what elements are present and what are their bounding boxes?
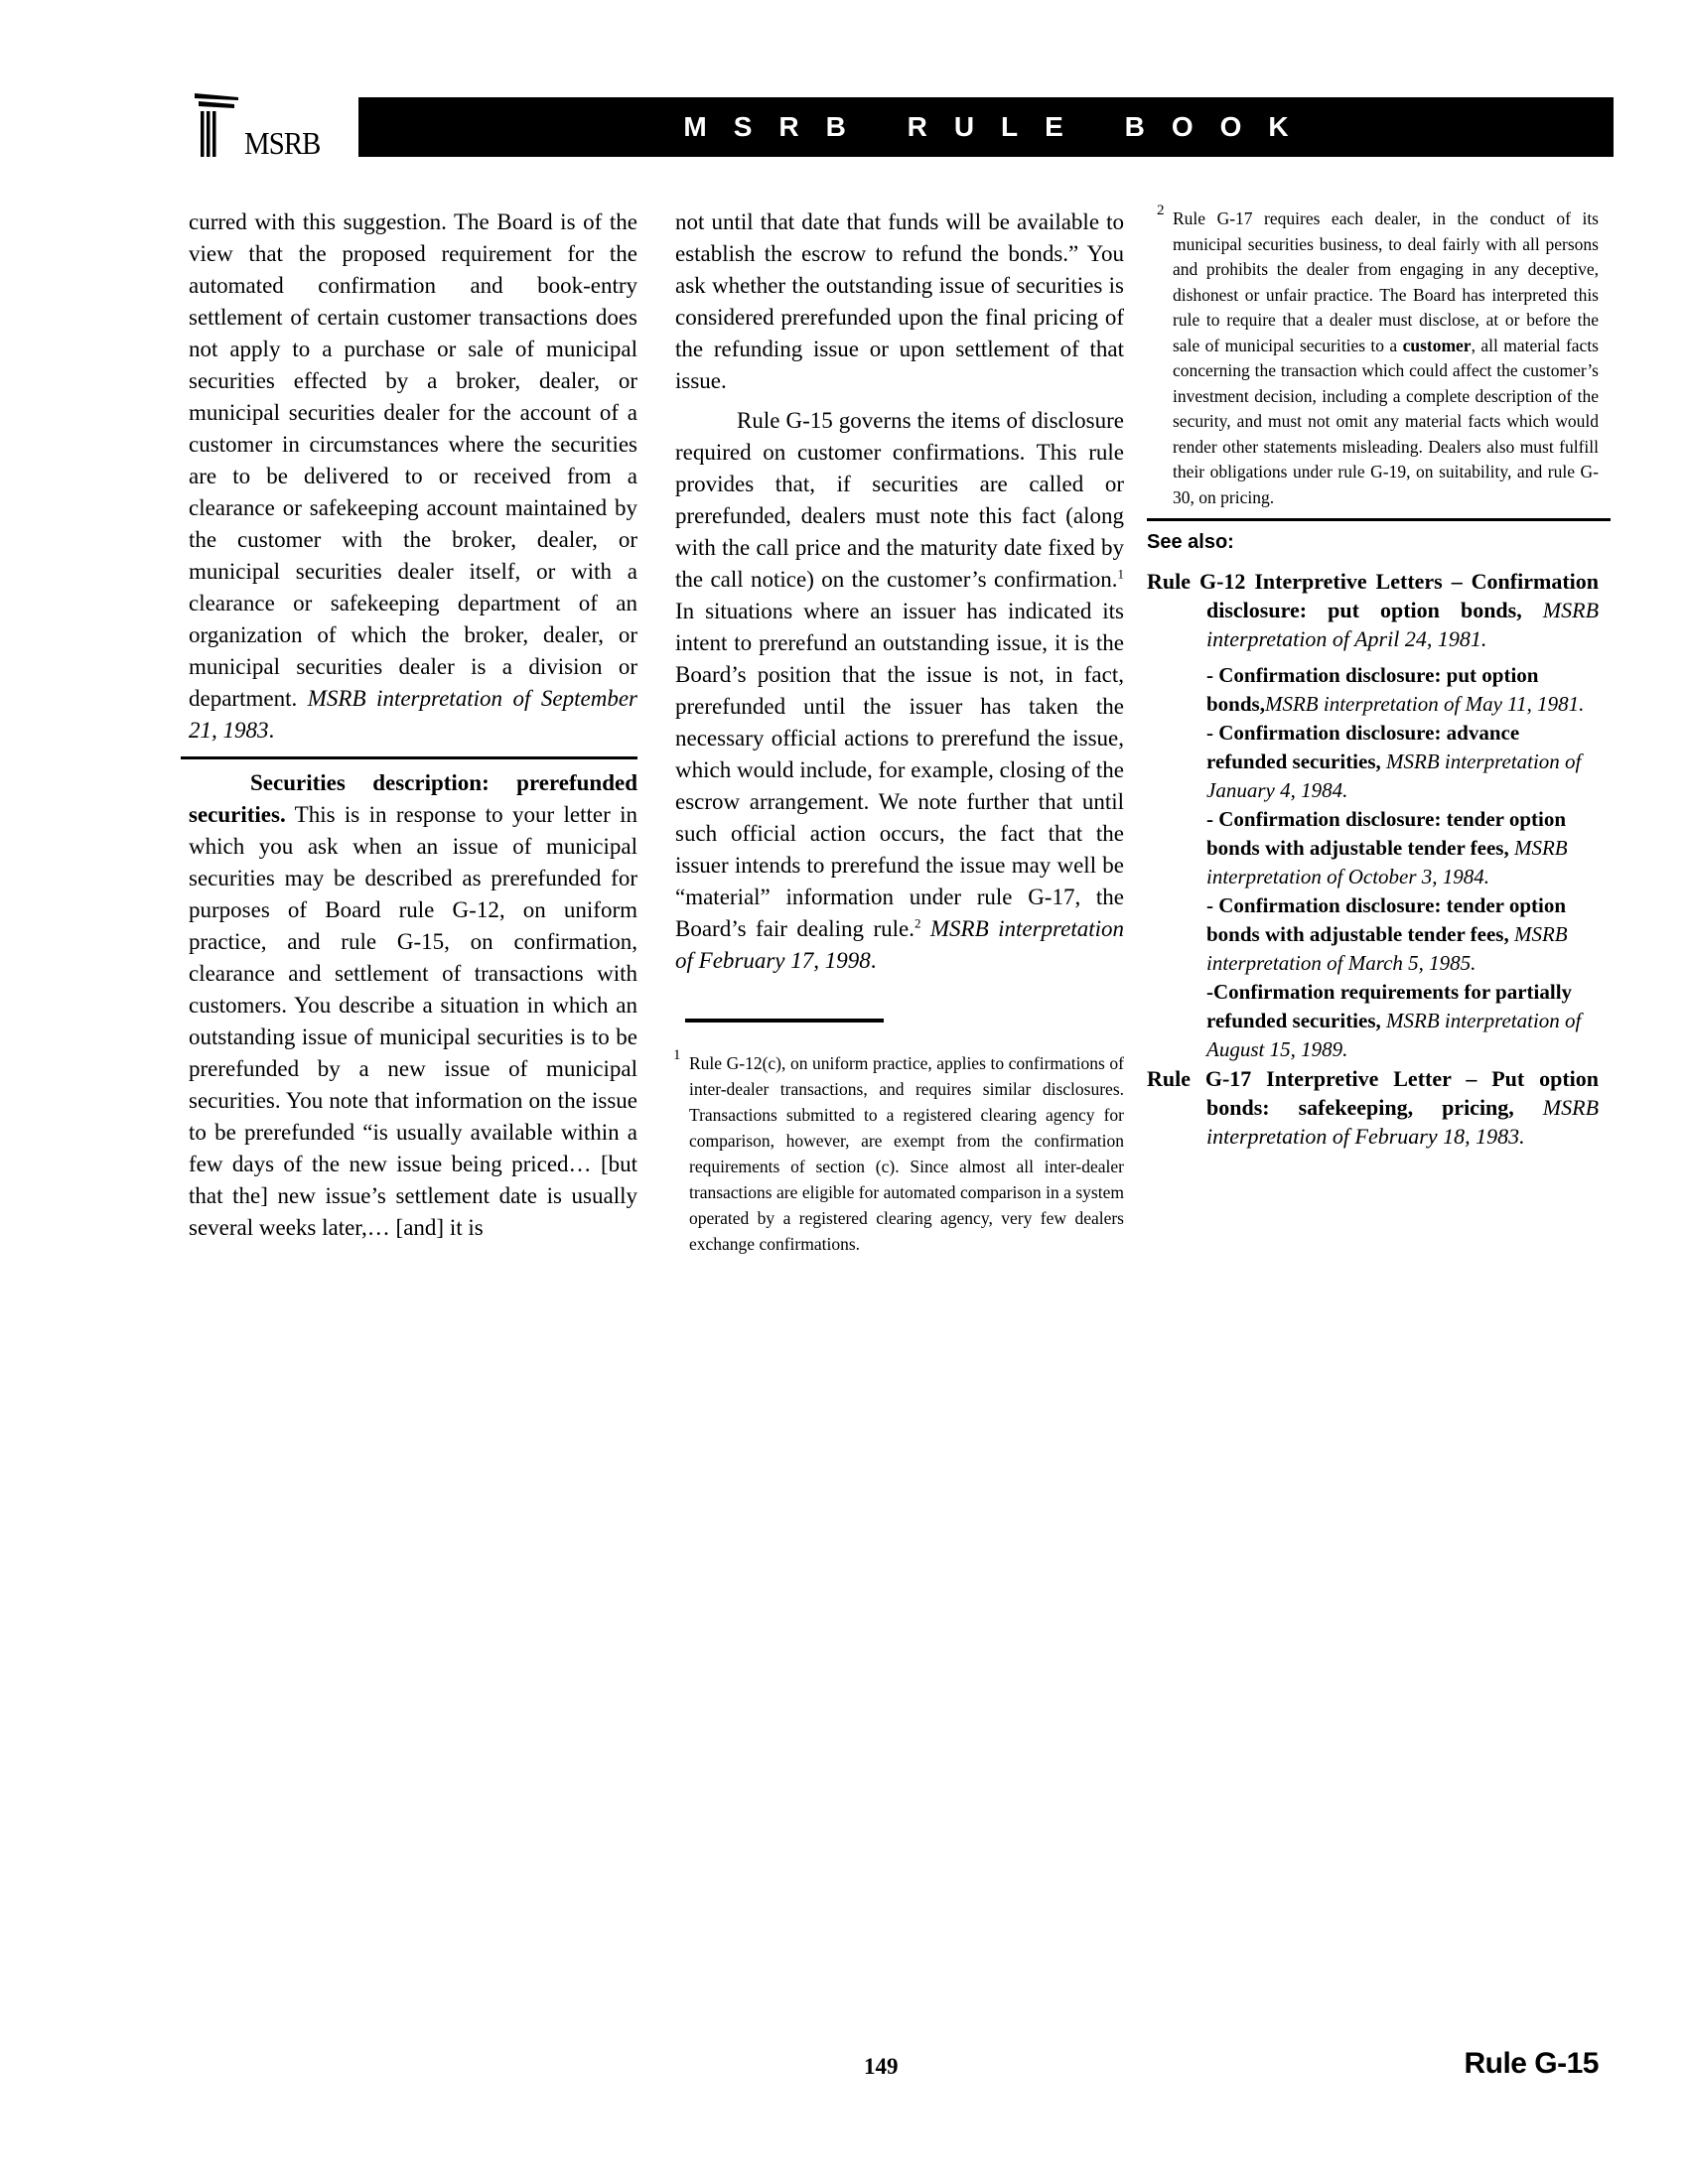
see-also-sub-entry[interactable]: - Confirmation disclosure: put option bo… xyxy=(1206,661,1599,719)
footnote-number: 2 xyxy=(1157,199,1165,224)
see-also-sub-entry[interactable]: -Confirmation requirements for partially… xyxy=(1206,978,1599,1064)
footnote-separator xyxy=(685,1019,884,1023)
logo-text: MSRB xyxy=(244,125,320,162)
footer-rule-label: Rule G-15 xyxy=(1464,2047,1599,2081)
header-banner: MSRB RULE BOOK xyxy=(358,97,1614,157)
footnote-1: 1Rule G-12(c), on uniform practice, appl… xyxy=(675,1050,1124,1257)
paragraph: Rule G-15 governs the items of disclosur… xyxy=(675,405,1124,977)
see-also-entry-g17[interactable]: Rule G-17 Interpretive Letter – Put opti… xyxy=(1147,1064,1599,1151)
see-also-entry-g12[interactable]: Rule G-12 Interpretive Letters – Confirm… xyxy=(1147,567,1599,653)
paragraph: curred with this suggestion. The Board i… xyxy=(189,206,637,747)
paragraph: not until that date that funds will be a… xyxy=(675,206,1124,397)
page-number: 149 xyxy=(864,2054,899,2080)
footnote-2: 2Rule G-17 requires each dealer, in the … xyxy=(1159,206,1599,510)
msrb-logo: MSRB xyxy=(195,91,334,161)
column-3: 2Rule G-17 requires each dealer, in the … xyxy=(1159,206,1599,1151)
see-also-sub-entry[interactable]: - Confirmation disclosure: advance refun… xyxy=(1206,719,1599,805)
section-divider xyxy=(1147,518,1611,521)
see-also-heading: See also: xyxy=(1147,527,1599,557)
section-divider xyxy=(181,756,637,759)
see-also-sub-entry[interactable]: - Confirmation disclosure: tender option… xyxy=(1206,891,1599,978)
pillar-icon xyxy=(195,91,242,157)
banner-title: MSRB RULE BOOK xyxy=(656,111,1315,143)
paragraph: Securities description: prerefunded secu… xyxy=(189,767,637,1244)
column-2: not until that date that funds will be a… xyxy=(675,206,1124,1257)
see-also-sub-entry[interactable]: - Confirmation disclosure: tender option… xyxy=(1206,805,1599,891)
footnote-ref-1[interactable]: 1 xyxy=(1118,566,1125,581)
footnote-number: 1 xyxy=(673,1042,681,1068)
column-1: curred with this suggestion. The Board i… xyxy=(189,206,637,1244)
